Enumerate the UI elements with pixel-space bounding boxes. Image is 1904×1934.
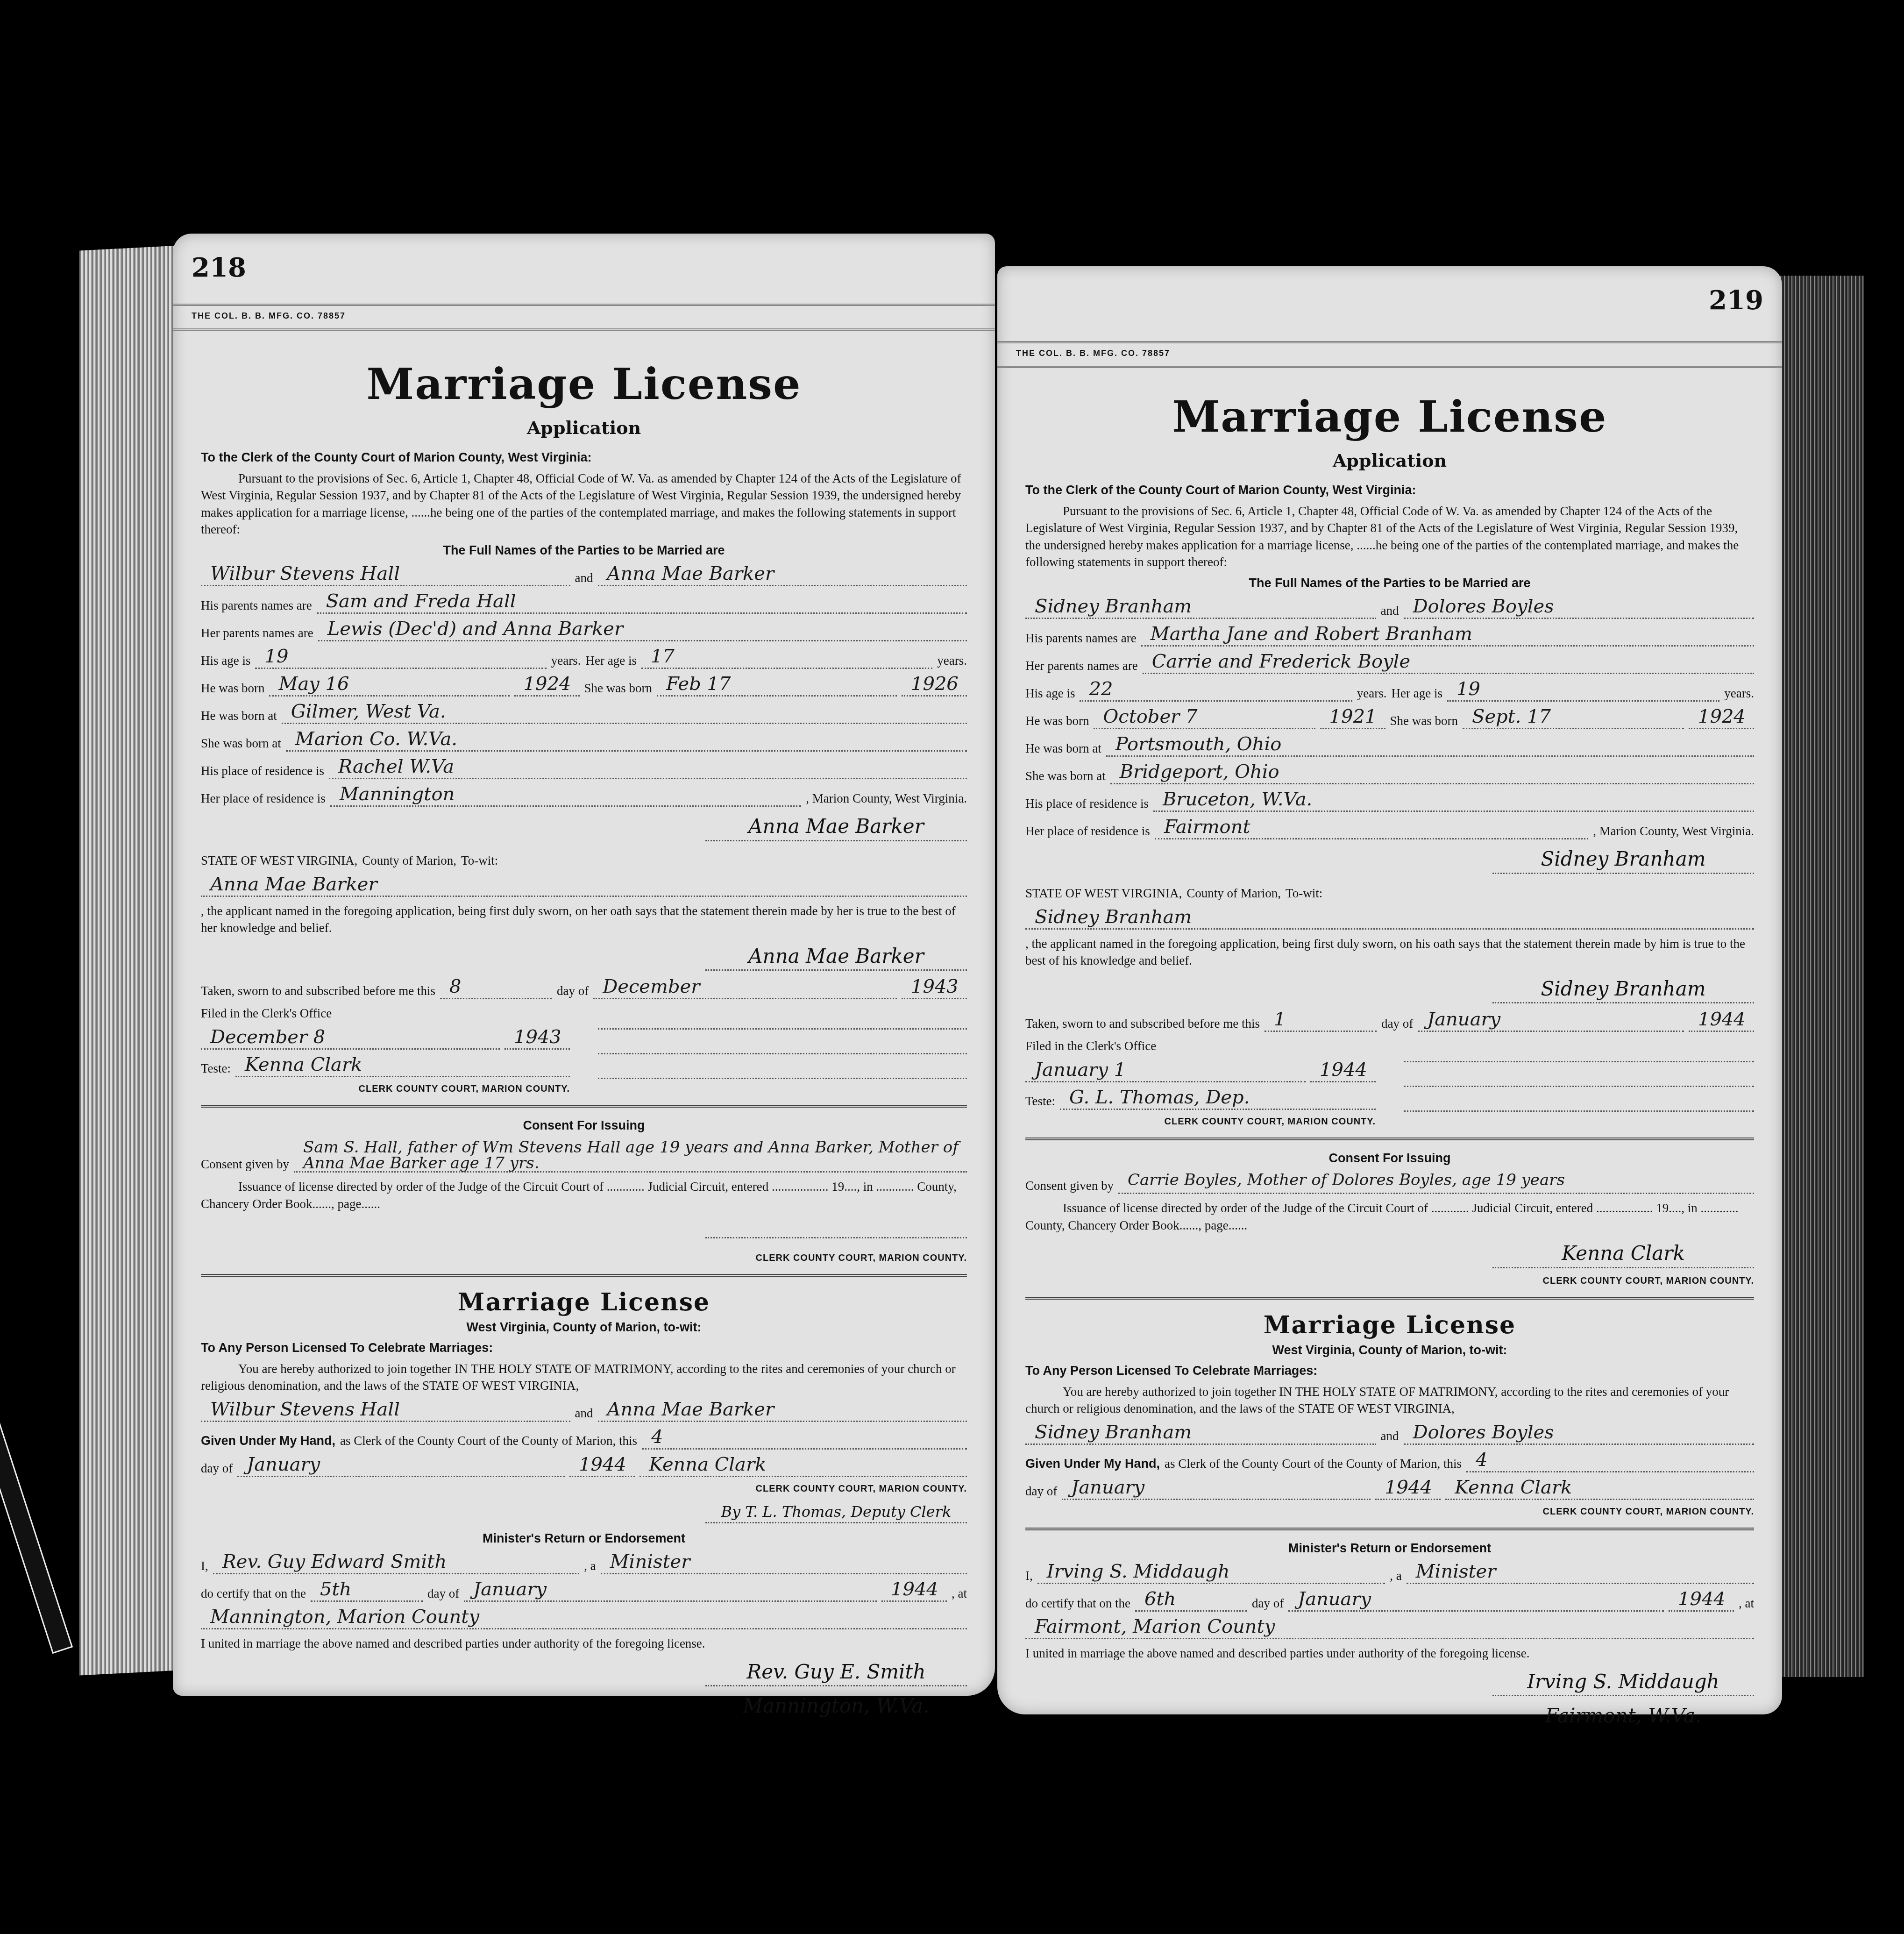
her-parents-row: Her parents names areLewis (Dec'd) and A…	[201, 619, 967, 641]
given-date-row: day ofJanuary1944 Kenna Clark	[1025, 1478, 1754, 1500]
page-number: 219	[1709, 285, 1763, 316]
certify-month: January	[464, 1580, 877, 1602]
signature-text: Sidney Branham	[1492, 976, 1754, 1004]
her-parents-row: Her parents names areCarrie and Frederic…	[1025, 652, 1754, 674]
field-label: do certify that on the	[1025, 1595, 1130, 1612]
license-groom: Wilbur Stevens Hall	[201, 1400, 570, 1422]
her-residence-row: Her place of residence isMannington, Mar…	[201, 785, 967, 807]
field-label: do certify that on the	[201, 1585, 306, 1602]
given-year: 1944	[569, 1455, 635, 1477]
filed-date: December 8	[201, 1028, 500, 1050]
births-row: He was bornOctober 71921 She was bornSep…	[1025, 707, 1754, 729]
affidavit-signature: Anna Mae Barker	[201, 943, 967, 971]
license-bride: Dolores Boyles	[1404, 1423, 1755, 1445]
minister-row: I,Irving S. Middaugh , aMinister	[1025, 1562, 1754, 1584]
ages-row: His age is22 years. Her age is19 years.	[1025, 680, 1754, 702]
field-label: I,	[201, 1557, 208, 1574]
license-addressee: To Any Person Licensed To Celebrate Marr…	[1025, 1362, 1754, 1379]
field-label: He was born at	[1025, 740, 1101, 757]
sworn-year: 1943	[902, 977, 967, 999]
section-divider	[1025, 1138, 1754, 1140]
clerk-caption: CLERK COUNTY COURT, MARION COUNTY.	[1025, 1116, 1376, 1128]
her-parents: Carrie and Frederick Boyle	[1143, 652, 1754, 674]
field-label: He was born	[1025, 712, 1089, 729]
groom-name: Sidney Branham	[1025, 597, 1376, 619]
given-day: 4	[642, 1428, 967, 1450]
field-label: , Marion County, West Virginia.	[1593, 823, 1754, 839]
addressee: To the Clerk of the County Court of Mari…	[1025, 482, 1754, 498]
preamble: Pursuant to the provisions of Sec. 6, Ar…	[201, 470, 967, 538]
signature-text: Kenna Clark	[1492, 1240, 1754, 1268]
her-residence: Mannington	[330, 785, 801, 807]
ages-row: His age is19 years. Her age is17 years.	[201, 647, 967, 669]
she-born-year: 1926	[902, 675, 967, 697]
given-month: January	[237, 1455, 565, 1477]
minister-title: Minister	[1407, 1562, 1754, 1584]
applicant-signature: Anna Mae Barker	[201, 813, 967, 841]
applicant-row: Sidney Branham	[1025, 908, 1754, 930]
he-born-year: 1924	[514, 675, 580, 697]
field-label: day of	[1381, 1015, 1413, 1032]
license-parties-row: Sidney Branham and Dolores Boyles	[1025, 1423, 1754, 1445]
names-heading: The Full Names of the Parties to be Marr…	[201, 542, 967, 559]
consent-row: Consent given bySam S. Hall, father of W…	[201, 1139, 967, 1173]
bride-name: Dolores Boyles	[1404, 597, 1755, 619]
field-label: years.	[1724, 685, 1754, 702]
signature-text: Anna Mae Barker	[705, 943, 967, 971]
certify-month: January	[1288, 1590, 1664, 1612]
applicant-name: Sidney Branham	[1025, 908, 1754, 930]
license-text: You are hereby authorized to join togeth…	[1025, 1383, 1754, 1417]
sworn-month: January	[1418, 1010, 1684, 1032]
application-form: Marriage License Application To the Cler…	[1025, 388, 1754, 1736]
consent-text: Sam S. Hall, father of Wm Stevens Hall a…	[294, 1139, 967, 1173]
she-born-at-row: She was born atMarion Co. W.Va.	[201, 730, 967, 752]
signature-text: Irving S. Middaugh	[1492, 1669, 1754, 1697]
addressee: To the Clerk of the County Court of Mari…	[201, 449, 967, 466]
affidavit-signature: Sidney Branham	[1025, 976, 1754, 1004]
to-wit-label: To-wit:	[1286, 885, 1322, 902]
license-addressee: To Any Person Licensed To Celebrate Marr…	[201, 1339, 967, 1356]
she-born-year: 1924	[1689, 707, 1754, 729]
field-label: She was born at	[1025, 768, 1106, 784]
page-number: 218	[192, 252, 246, 283]
given-label: Given Under My Hand,	[201, 1432, 335, 1449]
section-divider	[1025, 1297, 1754, 1300]
field-label: day of	[427, 1585, 459, 1602]
clerk-caption: CLERK COUNTY COURT, MARION COUNTY.	[201, 1252, 967, 1265]
teste-signature: G. L. Thomas, Dep.	[1060, 1088, 1376, 1110]
births-row: He was bornMay 161924 She was bornFeb 17…	[201, 675, 967, 697]
his-parents-row: His parents names areMartha Jane and Rob…	[1025, 625, 1754, 647]
field-label: , a	[1390, 1567, 1401, 1584]
her-residence-row: Her place of residence isFairmont, Mario…	[1025, 818, 1754, 839]
minister-heading: Minister's Return or Endorsement	[1025, 1540, 1754, 1557]
section-divider	[201, 1105, 967, 1108]
clerk-caption: CLERK COUNTY COURT, MARION COUNTY.	[201, 1083, 570, 1095]
field-label: day of	[1025, 1483, 1057, 1500]
filed-label: Filed in the Clerk's Office	[201, 1005, 570, 1022]
names-heading: The Full Names of the Parties to be Marr…	[1025, 575, 1754, 591]
license-parties-row: Wilbur Stevens Hall and Anna Mae Barker	[201, 1400, 967, 1422]
certify-place-row: Mannington, Marion County	[201, 1607, 967, 1629]
state-block: STATE OF WEST VIRGINIA, County of Marion…	[201, 848, 967, 869]
minister-row: I,Rev. Guy Edward Smith , aMinister	[201, 1552, 967, 1574]
field-label: Her parents names are	[1025, 657, 1138, 674]
field-label: Her age is	[586, 652, 637, 669]
sworn-year: 1944	[1689, 1010, 1754, 1032]
clerk-caption: CLERK COUNTY COURT, MARION COUNTY.	[201, 1483, 967, 1495]
form-title: Marriage License	[201, 355, 967, 413]
minister-title: Minister	[601, 1552, 967, 1574]
and-label: and	[575, 1405, 593, 1422]
field-label: years.	[551, 652, 581, 669]
field-label: I,	[1025, 1567, 1033, 1584]
his-residence: Rachel W.Va	[329, 757, 967, 779]
minister-heading: Minister's Return or Endorsement	[201, 1530, 967, 1547]
field-label: , at	[952, 1585, 967, 1602]
field-label: Her age is	[1392, 685, 1442, 702]
certify-place: Mannington, Marion County	[201, 1607, 967, 1629]
license-subtitle: West Virginia, County of Marion, to-wit:	[201, 1319, 967, 1336]
license-subtitle: West Virginia, County of Marion, to-wit:	[1025, 1342, 1754, 1358]
field-label: Consent given by	[1025, 1177, 1114, 1194]
county-label: County of Marion,	[362, 852, 456, 869]
field-label: Her place of residence is	[201, 790, 326, 807]
field-label: Teste:	[1025, 1093, 1055, 1109]
affidavit-text: , the applicant named in the foregoing a…	[201, 903, 967, 937]
given-text: as Clerk of the County Court of the Coun…	[1165, 1455, 1462, 1472]
she-born-at: Marion Co. W.Va.	[286, 730, 967, 752]
location-text: Mannington, W.Va.	[705, 1693, 967, 1720]
filed-block: Filed in the Clerk's Office January 1194…	[1025, 1038, 1754, 1128]
location-text: Fairmont, W.Va.	[1492, 1703, 1754, 1729]
field-label: He was born at	[201, 707, 277, 724]
certify-year: 1944	[881, 1580, 947, 1602]
field-label: Her place of residence is	[1025, 823, 1150, 839]
and-label: and	[1381, 602, 1399, 619]
minister-name: Rev. Guy Edward Smith	[213, 1552, 579, 1574]
field-label: His parents names are	[201, 597, 312, 614]
his-age: 22	[1080, 680, 1352, 702]
signature-text: Anna Mae Barker	[705, 813, 967, 841]
field-label: His age is	[201, 652, 250, 669]
given-row: Given Under My Hand, as Clerk of the Cou…	[201, 1428, 967, 1450]
license-text: You are hereby authorized to join togeth…	[201, 1360, 967, 1394]
field-label: day of	[557, 982, 589, 999]
printer-mark: THE COL. B. B. MFG. CO. 78857	[1016, 348, 1170, 358]
bride-name: Anna Mae Barker	[598, 564, 967, 586]
she-born-date: Feb 17	[657, 675, 897, 697]
applicant-row: Anna Mae Barker	[201, 875, 967, 897]
she-born-date: Sept. 17	[1463, 707, 1684, 729]
minister-name: Irving S. Middaugh	[1037, 1562, 1385, 1584]
sworn-day: 1	[1265, 1010, 1377, 1032]
section-divider	[1025, 1528, 1754, 1530]
filed-label: Filed in the Clerk's Office	[1025, 1038, 1376, 1054]
he-born-at-row: He was born atPortsmouth, Ohio	[1025, 735, 1754, 757]
certify-place-row: Fairmont, Marion County	[1025, 1617, 1754, 1639]
filed-year: 1943	[504, 1028, 570, 1050]
sworn-day: 8	[440, 977, 552, 999]
united-text: I united in marriage the above named and…	[1025, 1645, 1754, 1662]
she-born-at-row: She was born atBridgeport, Ohio	[1025, 762, 1754, 784]
field-label: Teste:	[201, 1060, 231, 1077]
his-parents-row: His parents names areSam and Freda Hall	[201, 592, 967, 614]
state-label: STATE OF WEST VIRGINIA,	[1025, 885, 1182, 902]
sworn-row: Taken, sworn to and subscribed before me…	[201, 977, 967, 999]
his-residence-row: His place of residence isRachel W.Va	[201, 757, 967, 779]
consent-heading: Consent For Issuing	[1025, 1150, 1754, 1166]
printer-mark: THE COL. B. B. MFG. CO. 78857	[192, 311, 346, 321]
field-label: His place of residence is	[201, 762, 324, 779]
state-label: STATE OF WEST VIRGINIA,	[201, 852, 357, 869]
he-born-at: Gilmer, West Va.	[282, 702, 967, 724]
field-label: day of	[201, 1460, 233, 1477]
license-title: Marriage License	[201, 1286, 967, 1319]
filed-year: 1944	[1310, 1060, 1376, 1082]
field-label: , Marion County, West Virginia.	[806, 790, 967, 807]
field-label: years.	[937, 652, 967, 669]
parties-row: Sidney Branham and Dolores Boyles	[1025, 597, 1754, 619]
section-divider	[201, 1274, 967, 1277]
parties-row: Wilbur Stevens Hall and Anna Mae Barker	[201, 564, 967, 586]
field-label: His place of residence is	[1025, 795, 1149, 812]
field-label: Her parents names are	[201, 625, 313, 641]
given-date-row: day ofJanuary1944 Kenna Clark	[201, 1455, 967, 1477]
to-wit-label: To-wit:	[461, 852, 498, 869]
certify-day: 6th	[1135, 1590, 1247, 1612]
minister-signature: Irving S. Middaugh	[1025, 1669, 1754, 1697]
field-label: years.	[1357, 685, 1387, 702]
her-age: 19	[1447, 680, 1719, 702]
field-label: His age is	[1025, 685, 1075, 702]
form-subtitle: Application	[1025, 448, 1754, 472]
field-label: Consent given by	[201, 1156, 289, 1173]
signature-text: Rev. Guy E. Smith	[705, 1659, 967, 1687]
filed-date: January 1	[1025, 1060, 1306, 1082]
given-signature: Kenna Clark	[1445, 1478, 1754, 1500]
issuance-text: Issuance of license directed by order of…	[201, 1178, 967, 1212]
minister-location: Mannington, W.Va.	[201, 1693, 967, 1720]
application-form: Marriage License Application To the Cler…	[201, 355, 967, 1726]
his-age: 19	[255, 647, 546, 669]
and-label: and	[1381, 1428, 1399, 1444]
her-age: 17	[641, 647, 932, 669]
his-residence-row: His place of residence isBruceton, W.Va.	[1025, 790, 1754, 812]
left-page: 218 THE COL. B. B. MFG. CO. 78857 Marria…	[173, 234, 995, 1696]
field-label: day of	[1252, 1595, 1284, 1612]
sworn-row: Taken, sworn to and subscribed before me…	[1025, 1010, 1754, 1032]
deputy-signature: By T. L. Thomas, Deputy Clerk	[201, 1502, 967, 1523]
consent-row: Consent given byCarrie Boyles, Mother of…	[1025, 1172, 1754, 1194]
given-month: January	[1062, 1478, 1371, 1500]
united-text: I united in marriage the above named and…	[201, 1635, 967, 1652]
consent-heading: Consent For Issuing	[201, 1117, 967, 1134]
right-page: 219 THE COL. B. B. MFG. CO. 78857 Marria…	[997, 266, 1782, 1714]
given-year: 1944	[1375, 1478, 1441, 1500]
given-day: 4	[1466, 1450, 1754, 1472]
field-label: Taken, sworn to and subscribed before me…	[1025, 1015, 1260, 1032]
field-label: Taken, sworn to and subscribed before me…	[201, 982, 435, 999]
his-parents: Martha Jane and Robert Branham	[1141, 625, 1754, 647]
minister-signature: Rev. Guy E. Smith	[201, 1659, 967, 1687]
he-born-date: October 7	[1094, 707, 1315, 729]
issuance-text: Issuance of license directed by order of…	[1025, 1200, 1754, 1234]
he-born-at: Portsmouth, Ohio	[1106, 735, 1754, 757]
pen-object	[0, 1414, 73, 1654]
affidavit-text: , the applicant named in the foregoing a…	[1025, 935, 1754, 969]
clerk-caption: CLERK COUNTY COURT, MARION COUNTY.	[1025, 1275, 1754, 1287]
she-born-at: Bridgeport, Ohio	[1110, 762, 1754, 784]
form-subtitle: Application	[201, 416, 967, 440]
license-bride: Anna Mae Barker	[598, 1400, 967, 1422]
consent-clerk-signature: Kenna Clark	[1025, 1240, 1754, 1268]
signature-text: Sidney Branham	[1492, 846, 1754, 874]
he-born-at-row: He was born atGilmer, West Va.	[201, 702, 967, 724]
consent-clerk-line	[201, 1219, 967, 1245]
field-label: , a	[584, 1557, 596, 1574]
filed-block: Filed in the Clerk's Office December 819…	[201, 1005, 967, 1095]
county-label: County of Marion,	[1186, 885, 1281, 902]
license-title: Marriage License	[1025, 1309, 1754, 1342]
field-label: His parents names are	[1025, 630, 1137, 647]
state-block: STATE OF WEST VIRGINIA, County of Marion…	[1025, 881, 1754, 902]
clerk-caption: CLERK COUNTY COURT, MARION COUNTY.	[1025, 1506, 1754, 1518]
her-parents: Lewis (Dec'd) and Anna Barker	[318, 619, 967, 641]
field-label: , at	[1739, 1595, 1754, 1612]
he-born-date: May 16	[269, 675, 509, 697]
certify-year: 1944	[1669, 1590, 1734, 1612]
he-born-year: 1921	[1320, 707, 1385, 729]
and-label: and	[575, 569, 593, 586]
consent-text: Carrie Boyles, Mother of Dolores Boyles,…	[1118, 1172, 1754, 1194]
form-title: Marriage License	[1025, 388, 1754, 446]
given-signature: Kenna Clark	[639, 1455, 967, 1477]
certify-day: 5th	[311, 1580, 423, 1602]
certify-place: Fairmont, Marion County	[1025, 1617, 1754, 1639]
signature-text: By T. L. Thomas, Deputy Clerk	[705, 1502, 967, 1523]
field-label: She was born at	[201, 735, 281, 752]
given-row: Given Under My Hand, as Clerk of the Cou…	[1025, 1450, 1754, 1472]
open-register-book: 218 THE COL. B. B. MFG. CO. 78857 Marria…	[79, 220, 1864, 1714]
applicant-name: Anna Mae Barker	[201, 875, 967, 897]
her-residence: Fairmont	[1155, 818, 1588, 839]
certify-row: do certify that on the6th day ofJanuary1…	[1025, 1590, 1754, 1612]
sworn-month: December	[593, 977, 897, 999]
his-parents: Sam and Freda Hall	[317, 592, 967, 614]
field-label: He was born	[201, 680, 264, 697]
given-label: Given Under My Hand,	[1025, 1455, 1160, 1472]
groom-name: Wilbur Stevens Hall	[201, 564, 570, 586]
license-groom: Sidney Branham	[1025, 1423, 1376, 1445]
field-label: She was born	[584, 680, 652, 697]
preamble: Pursuant to the provisions of Sec. 6, Ar…	[1025, 503, 1754, 571]
field-label: She was born	[1390, 712, 1458, 729]
teste-signature: Kenna Clark	[235, 1055, 570, 1077]
certify-row: do certify that on the5th day ofJanuary1…	[201, 1580, 967, 1602]
his-residence: Bruceton, W.Va.	[1153, 790, 1754, 812]
minister-location: Fairmont, W.Va.	[1025, 1703, 1754, 1729]
applicant-signature: Sidney Branham	[1025, 846, 1754, 874]
given-text: as Clerk of the County Court of the Coun…	[340, 1432, 637, 1449]
